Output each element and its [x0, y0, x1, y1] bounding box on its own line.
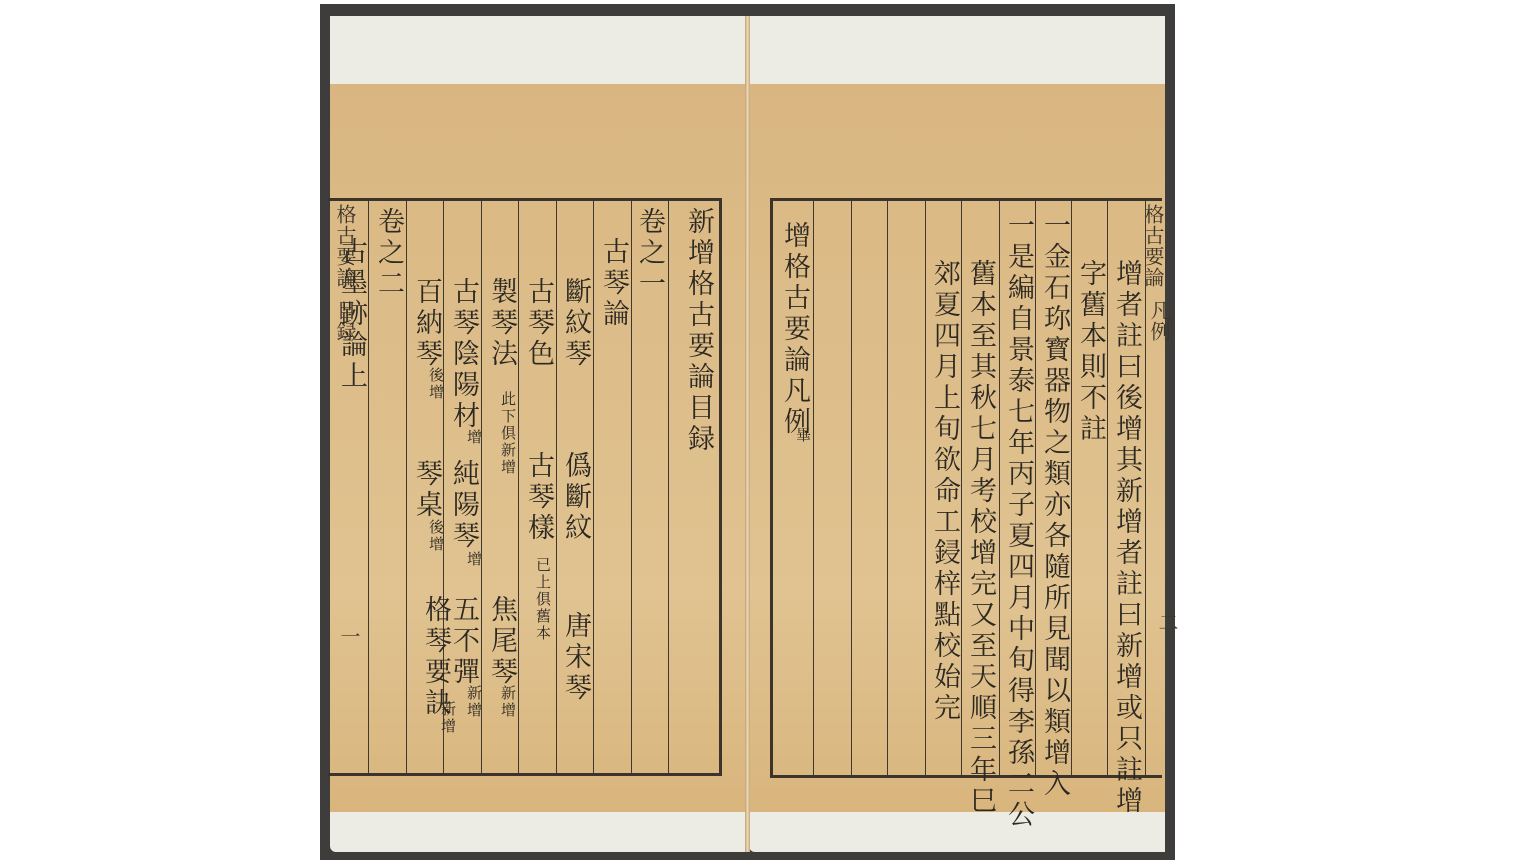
toc-entry: 焦尾琴 [486, 595, 516, 688]
toc-entry: 古琴陰陽材 [448, 277, 478, 432]
right-block-margin-title: 格古要論 [1138, 204, 1168, 288]
toc-entry: 古琴色 [523, 277, 553, 370]
toc-entry: 古琴樣 [523, 451, 553, 544]
toc-entry: 唐宋琴 [560, 611, 590, 704]
toc-note: 增 [466, 551, 481, 568]
right-top-margin [749, 16, 1165, 84]
left-bottom-margin [330, 812, 746, 852]
toc-entry: 百納琴 [411, 277, 441, 370]
toc-entry: 純陽琴 [448, 459, 478, 552]
volume-1-heading: 卷之一 [634, 207, 664, 300]
toc-note: 後增 [428, 519, 443, 553]
column-rule [1071, 201, 1072, 775]
fanli-line: 字舊本則不註 [1075, 259, 1105, 445]
left-page-number: 一 [334, 626, 364, 647]
fanli-line: 增者註曰後增其新增者註曰新增或只註增 [1111, 259, 1141, 817]
toc-note: 已上俱舊本 [535, 557, 550, 642]
column-rule [668, 201, 669, 773]
toc-note: 新增 [500, 685, 515, 719]
toc-title: 新增格古要論目録 [683, 207, 713, 455]
column-rule [518, 201, 519, 773]
right-block-margin-section: 凡例 [1144, 300, 1174, 342]
column-rule [593, 201, 594, 773]
fanli-line: 一是編自景泰七年丙子夏四月中旬得李孫二公 [1003, 211, 1033, 831]
column-rule [961, 201, 962, 775]
column-rule [813, 201, 814, 775]
right-page-number: 二 [1152, 612, 1182, 633]
left-print-frame: 新增格古要論目録 卷之一 古琴論 斷紋琴 僞斷紋 唐宋琴 古琴色 古琴樣 已上俱… [328, 198, 722, 776]
toc-note: 後增 [428, 367, 443, 401]
toc-entry: 僞斷紋 [560, 451, 590, 544]
book-gutter [745, 16, 750, 852]
column-rule [368, 201, 369, 773]
column-rule [406, 201, 407, 773]
right-print-frame: 增格古要論凡例 畢 增者註曰後增其新增者註曰新增或只註增 字舊本則不註 一金石珎… [770, 198, 1162, 778]
right-bottom-margin [749, 812, 1165, 852]
column-rule [999, 201, 1000, 775]
fanli-line: 一金石珎寳器物之類亦各隨所見聞以類增入 [1039, 211, 1069, 800]
fanli-title-note: 畢 [795, 427, 810, 444]
toc-entry: 斷紋琴 [560, 277, 590, 370]
column-rule [1035, 201, 1036, 775]
column-rule [631, 201, 632, 773]
section-guqin-lun: 古琴論 [598, 237, 628, 330]
fanli-line: 舊本至其秋七月考校增完又至天順三年巳 [965, 259, 995, 817]
left-top-margin [330, 16, 746, 84]
left-block-margin-section: 目録 [330, 300, 360, 342]
column-rule [887, 201, 888, 775]
column-rule [925, 201, 926, 775]
toc-note: 新增 [440, 701, 455, 735]
toc-entry: 五不彈 [448, 595, 478, 688]
toc-entry: 製琴法 [486, 277, 516, 370]
left-block-margin-title: 格古要論 [330, 204, 360, 288]
toc-entry: 琴桌 [411, 459, 441, 521]
column-rule [556, 201, 557, 773]
column-rule [851, 201, 852, 775]
volume-2-heading: 卷之二 [373, 207, 403, 300]
fanli-line: 郊夏四月上旬欲命工鋟梓點校始完 [929, 259, 959, 724]
toc-note: 此下俱新增 [500, 391, 515, 476]
fanli-title: 增格古要論凡例 [779, 221, 809, 438]
toc-note: 增 [466, 429, 481, 446]
toc-note: 新增 [466, 685, 481, 719]
column-rule [1107, 201, 1108, 775]
